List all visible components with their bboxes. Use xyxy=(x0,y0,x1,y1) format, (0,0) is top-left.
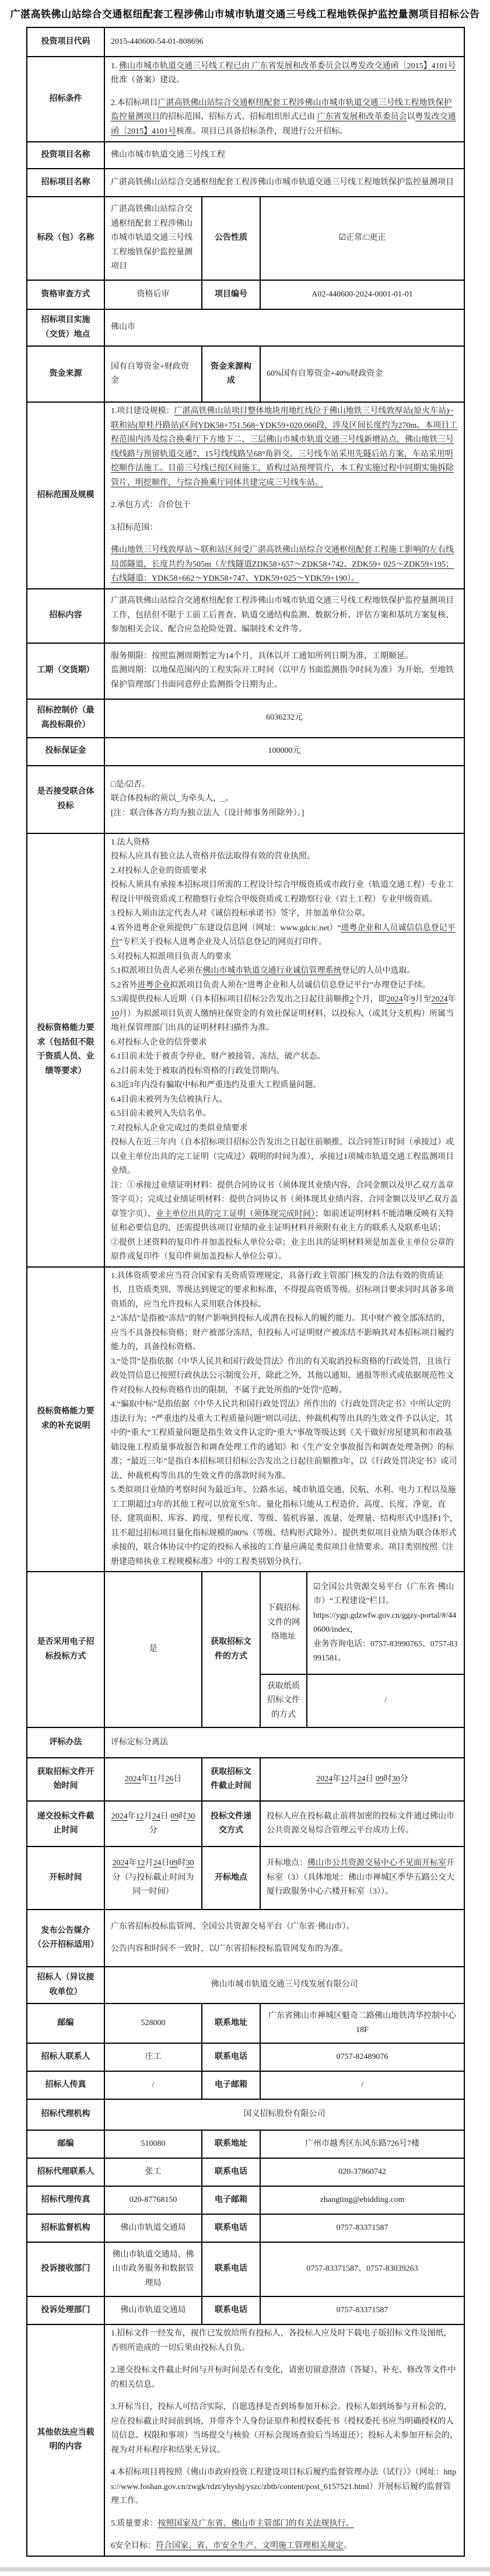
label-complaint-receiver-phone: 联系电话 xyxy=(202,2242,260,2296)
value-agency-fax: 020-87768150 xyxy=(104,2186,202,2214)
table-row: 投诉处理部门 佛山市轨道交通局 联系电话 0757-83371587 xyxy=(27,2296,464,2324)
table-row: 发布公告媒介（公开招标适用） 广东省招标投标监管网、全国公共资源交易平台（广东省… xyxy=(27,1910,464,1967)
table-row: 投诉接收部门 佛山市轨道交通局、佛山市政务服务和数据管理局 联系电话 0757-… xyxy=(27,2242,464,2296)
label-capability-requirements: 投标资格能力要求（包括但不限于资质人员、业绩等要求） xyxy=(27,833,104,1267)
value-opening-time: 2024年12月24日09时30分（与投标截止时间为同一时间） xyxy=(104,1847,202,1910)
label-qualification-method: 资格审查方式 xyxy=(27,280,104,309)
label-content: 招标内容 xyxy=(27,589,104,643)
label-download-url: 下载招标文件的网络地址 xyxy=(260,1572,307,1674)
table-row: 招标范围及规模 1.项目建设规模：广湛高铁佛山站项目整体地块用地红线位于佛山地铁… xyxy=(27,402,464,589)
value-ceiling-price: 6036232元 xyxy=(104,699,464,738)
label-doc-deadline: 获取招标文件截止时间 xyxy=(202,1758,260,1801)
value-notice-nature-checkbox: ☑正常/□更正 xyxy=(260,197,464,280)
label-capability-notes: 投标资格能力要求的补充说明 xyxy=(27,1267,104,1572)
label-opening-time: 开标时间 xyxy=(27,1847,104,1910)
table-row: 招标项目名称 广湛高铁佛山站综合交通枢纽配套工程涉佛山市城市轨道交通三号线工程地… xyxy=(27,169,464,197)
value-address1: 广东省佛山市禅城区魁奇二路佛山地铁湾华控制中心18F xyxy=(260,2003,464,2043)
table-row: 投标保证金 100000元 xyxy=(27,738,464,766)
table-row: 邮编 528000 联系地址 广东省佛山市禅城区魁奇二路佛山地铁湾华控制中心18… xyxy=(27,2003,464,2043)
label-scope: 招标范围及规模 xyxy=(27,402,104,589)
value-complaint-receiver-phone: 0757-83371587、0757-83039263 xyxy=(260,2242,464,2296)
value-duration: 服务期限：按照监测周期暂定为14个月，具体以开工通知所列日期为准，工期顺延。监测… xyxy=(104,643,464,699)
table-row: 资格审查方式 资格后审 项目编号 A02-440600-2024-0001-01… xyxy=(27,280,464,309)
value-fund-source: 国有自筹资金+财政资金 xyxy=(104,346,202,402)
label-tenderer-email: 电子邮箱 xyxy=(202,2071,260,2099)
label-delivery-location: 招标项目实施（交货）地点 xyxy=(27,309,104,346)
table-row: 招标代理联系人 张工 联系电话 020-37860742 xyxy=(27,2158,464,2186)
table-row: 递交投标文件截止时间 2024年12月24日 09时30分 投标文件递交方式 投… xyxy=(27,1801,464,1847)
label-agency-contact: 招标代理联系人 xyxy=(27,2158,104,2186)
label-consortium: 是否接受联合体投标 xyxy=(27,766,104,833)
value-agency-email: zhangting@ebidding.com xyxy=(260,2186,464,2214)
value-paper-doc-method: / xyxy=(307,1674,464,1727)
value-project-number: A02-440600-2024-0001-01-01 xyxy=(260,280,464,309)
label-tenderer-fax: 招标人传真 xyxy=(27,2071,104,2099)
value-capability-requirements: 1.法人资格投标人应具有独立法人资格并依法取得有效的营业执照。2.对投标人企业的… xyxy=(104,833,464,1267)
label-evaluation-method: 评标办法 xyxy=(27,1727,104,1758)
table-row: 是否采用电子招标投标方式 是 获取招标文件的方式 下载招标文件的网络地址 ☑全国… xyxy=(27,1572,464,1674)
label-submit-deadline: 递交投标文件截止时间 xyxy=(27,1801,104,1847)
label-fund-source: 资金来源 xyxy=(27,346,104,402)
table-row: 邮编 510080 联系地址 广州市越秀区东风东路726号7楼 xyxy=(27,2130,464,2158)
value-address2: 广州市越秀区东风东路726号7楼 xyxy=(260,2130,464,2158)
value-invest-code: 2015-440600-54-01-808696 xyxy=(104,27,464,57)
label-duration: 工期（交货期） xyxy=(27,643,104,699)
table-row: 开标时间 2024年12月24日09时30分（与投标截止时间为同一时间） 开标地… xyxy=(27,1847,464,1910)
label-zip2: 邮编 xyxy=(27,2130,104,2158)
label-conditions: 招标条件 xyxy=(27,57,104,142)
label-invest-code: 投资项目代码 xyxy=(27,27,104,57)
table-row: 其他依法应当载明的内容 1.招标文件一经发布，视作已发放给所有投标人，各投标人应… xyxy=(27,2324,464,2556)
label-ceiling-price: 招标控制价（最高投标限价） xyxy=(27,699,104,738)
label-fund-composition: 资金来源构成 xyxy=(202,346,260,402)
table-row: 招标代理传真 020-87768150 电子邮箱 zhangting@ebidd… xyxy=(27,2186,464,2214)
table-row: 获取招标文件开始时间 2024年11月26日 获取招标文件截止时间 2024年1… xyxy=(27,1758,464,1801)
value-submit-deadline: 2024年12月24日 09时30分 xyxy=(104,1801,202,1847)
label-supervisor: 招标监督机构 xyxy=(27,2214,104,2242)
value-agency-phone: 020-37860742 xyxy=(260,2158,464,2186)
value-complaint-receiver: 佛山市轨道交通局、佛山市政务服务和数据管理局 xyxy=(104,2242,202,2296)
value-other-content: 1.招标文件一经发布，视作已发放给所有投标人，各投标人应及时下载电子版招标文件及… xyxy=(104,2324,464,2556)
table-row: 招标人（异议接收单位） 佛山市城市轨道交通三号线发展有限公司 xyxy=(27,1967,464,2003)
value-tenderer: 佛山市城市轨道交通三号线发展有限公司 xyxy=(104,1967,464,2003)
horizontal-scrollbar-track[interactable] xyxy=(0,2567,490,2571)
label-announcement-media: 发布公告媒介（公开招标适用） xyxy=(27,1910,104,1967)
label-complaint-handler: 投诉处理部门 xyxy=(27,2296,104,2324)
label-supervisor-phone: 联系电话 xyxy=(202,2214,260,2242)
table-row: 招标项目实施（交货）地点 佛山市 xyxy=(27,309,464,346)
table-row: 招标内容 广湛高铁佛山站综合交通枢纽配套工程涉佛山市城市轨道交通三号线工程地铁保… xyxy=(27,589,464,643)
table-row: 资金来源 国有自筹资金+财政资金 资金来源构成 60%国有自筹资金+40%财政资… xyxy=(27,346,464,402)
value-section-name: 广湛高铁佛山站综合交通枢纽配套工程涉佛山市城市轨道交通三号线工程地铁保护监控量测… xyxy=(104,197,202,280)
value-bid-bond: 100000元 xyxy=(104,738,464,766)
label-other-content: 其他依法应当载明的内容 xyxy=(27,2324,104,2556)
table-row: 是否接受联合体投标 □是/☑否。联合体投标的须以_为牵头人，_。[注：联合体各方… xyxy=(27,766,464,833)
value-tenderer-email: / xyxy=(260,2071,464,2099)
table-row: 招标控制价（最高投标限价） 6036232元 xyxy=(27,699,464,738)
label-agency: 招标代理机构 xyxy=(27,2099,104,2130)
table-row: 招标代理机构 国义招标股份有限公司 xyxy=(27,2099,464,2130)
label-bid-bond: 投标保证金 xyxy=(27,738,104,766)
label-address1: 联系地址 xyxy=(202,2003,260,2043)
value-supervisor-phone: 0757-83371587 xyxy=(260,2214,464,2242)
label-tender-name: 招标项目名称 xyxy=(27,169,104,197)
value-conditions: 1. 佛山市城市轨道交通三号线工程已由 广东省发展和改革委员会以粤发改交通函〔2… xyxy=(104,57,464,142)
label-doc-obtain-method: 获取招标文件的方式 xyxy=(202,1572,260,1727)
label-notice-nature: 公告性质 xyxy=(202,197,260,280)
value-capability-notes: 1.具体资质要求应当符合国家有关资质管理规定，具备行政主管部门核发的合法有效的资… xyxy=(104,1267,464,1572)
table-row: 投资项目名称 佛山市城市轨道交通三号线工程 xyxy=(27,142,464,169)
label-tenderer: 招标人（异议接收单位） xyxy=(27,1967,104,2003)
label-doc-start-time: 获取招标文件开始时间 xyxy=(27,1758,104,1801)
value-content: 广湛高铁佛山站综合交通枢纽配套工程涉佛山市城市轨道交通三号线工程地铁保护监控量测… xyxy=(104,589,464,643)
label-zip1: 邮编 xyxy=(27,2003,104,2043)
table-row: 招标条件 1. 佛山市城市轨道交通三号线工程已由 广东省发展和改革委员会以粤发改… xyxy=(27,57,464,142)
table-row: 投标资格能力要求（包括但不限于资质人员、业绩等要求） 1.法人资格投标人应具有独… xyxy=(27,833,464,1267)
label-tenderer-contact: 招标人联系人 xyxy=(27,2043,104,2071)
value-tenderer-fax: / xyxy=(104,2071,202,2099)
value-submit-method: 投标人应在投标截止前将加密的投标文件通过佛山市公共资源交易综合管理云平台成功上传… xyxy=(260,1801,464,1847)
value-qualification-method: 资格后审 xyxy=(104,280,202,309)
value-invest-name: 佛山市城市轨道交通三号线工程 xyxy=(104,142,464,169)
table-row: 招标人传真 / 电子邮箱 / xyxy=(27,2071,464,2099)
value-supervisor: 佛山市轨道交通局 xyxy=(104,2214,202,2242)
table-row: 评标办法 评标定标分离法 xyxy=(27,1727,464,1758)
page-title: 广湛高铁佛山站综合交通枢纽配套工程涉佛山市城市轨道交通三号线工程地铁保护监控量测… xyxy=(0,0,490,27)
tender-announcement-page: 广湛高铁佛山站综合交通枢纽配套工程涉佛山市城市轨道交通三号线工程地铁保护监控量测… xyxy=(0,0,490,2576)
label-project-number: 项目编号 xyxy=(202,280,260,309)
label-paper-doc-method: 获取纸质招标文件的方式 xyxy=(260,1674,307,1727)
value-scope: 1.项目建设规模：广湛高铁佛山站项目整体地块用地红线位于佛山地铁三号线敦厚站(原… xyxy=(104,402,464,589)
value-zip1: 528000 xyxy=(104,2003,202,2043)
value-tenderer-phone: 0757-82489076 xyxy=(260,2043,464,2071)
value-consortium-checkbox: □是/☑否。联合体投标的须以_为牵头人，_。[注：联合体各方均为独立法人（设计师… xyxy=(104,766,464,833)
table-row: 投标资格能力要求的补充说明 1.具体资质要求应当符合国家有关资质管理规定，具备行… xyxy=(27,1267,464,1572)
value-tender-name: 广湛高铁佛山站综合交通枢纽配套工程涉佛山市城市轨道交通三号线工程地铁保护监控量测… xyxy=(104,169,464,197)
value-delivery-location: 佛山市 xyxy=(104,309,464,346)
label-agency-email: 电子邮箱 xyxy=(202,2186,260,2214)
value-agency: 国义招标股份有限公司 xyxy=(104,2099,464,2130)
value-complaint-handler-phone: 0757-83371587 xyxy=(260,2296,464,2324)
value-tenderer-contact: 庄工 xyxy=(104,2043,202,2071)
value-doc-deadline: 2024年12月24日 09时30分 xyxy=(260,1758,464,1801)
value-announcement-media: 广东省招标投标监管网、全国公共资源交易平台（广东省·佛山市）。公告内容和时间不一… xyxy=(104,1910,464,1967)
table-row: 标段（包）名称 广湛高铁佛山站综合交通枢纽配套工程涉佛山市城市轨道交通三号线工程… xyxy=(27,197,464,280)
label-agency-fax: 招标代理传真 xyxy=(27,2186,104,2214)
label-complaint-receiver: 投诉接收部门 xyxy=(27,2242,104,2296)
table-row: 投资项目代码 2015-440600-54-01-808696 xyxy=(27,27,464,57)
table-row: 工期（交货期） 服务期限：按照监测周期暂定为14个月，具体以开工通知所列日期为准… xyxy=(27,643,464,699)
label-agency-phone: 联系电话 xyxy=(202,2158,260,2186)
label-electronic-bidding: 是否采用电子招标投标方式 xyxy=(27,1572,104,1727)
value-electronic-bidding: 是 xyxy=(104,1572,202,1727)
table-row: 招标监督机构 佛山市轨道交通局 联系电话 0757-83371587 xyxy=(27,2214,464,2242)
announcement-table: 投资项目代码 2015-440600-54-01-808696 招标条件 1. … xyxy=(26,27,465,2557)
value-opening-place: 开标地点：佛山市公共资源交易中心不见面开标室开标室（3）（具体地址：佛山市禅城区… xyxy=(260,1847,464,1910)
label-address2: 联系地址 xyxy=(202,2130,260,2158)
value-zip2: 510080 xyxy=(104,2130,202,2158)
value-fund-composition: 60%国有自筹资金+40%财政资金 xyxy=(260,346,464,402)
label-section-name: 标段（包）名称 xyxy=(27,197,104,280)
label-complaint-handler-phone: 联系电话 xyxy=(202,2296,260,2324)
label-submit-method: 投标文件递交方式 xyxy=(202,1801,260,1847)
label-opening-place: 开标地点 xyxy=(202,1847,260,1910)
value-doc-start-time: 2024年11月26日 xyxy=(104,1758,202,1801)
label-tenderer-phone: 联系电话 xyxy=(202,2043,260,2071)
label-invest-name: 投资项目名称 xyxy=(27,142,104,169)
value-complaint-handler: 佛山市轨道交通局 xyxy=(104,2296,202,2324)
table-row: 招标人联系人 庄工 联系电话 0757-82489076 xyxy=(27,2043,464,2071)
value-evaluation-method: 评标定标分离法 xyxy=(104,1727,464,1758)
value-agency-contact: 张工 xyxy=(104,2158,202,2186)
value-download-url[interactable]: ☑全国公共资源交易平台（广东省·佛山市）“工程建设”栏目。https://ygp… xyxy=(307,1572,464,1674)
